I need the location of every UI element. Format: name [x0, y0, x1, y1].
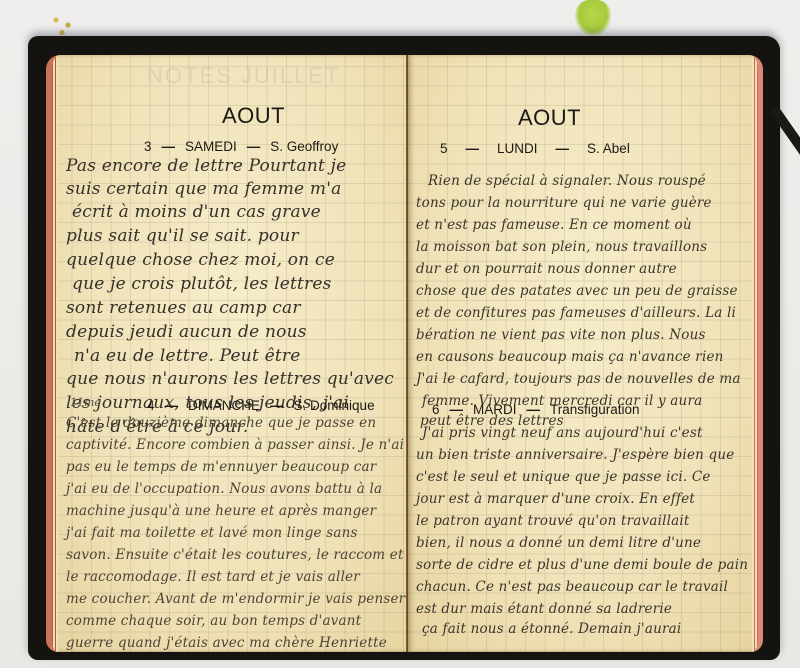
handwritten-line: pas eu le temps de m'ennuyer beaucoup ca…	[66, 459, 376, 475]
handwritten-line: que nous n'aurons les lettres qu'avec	[66, 369, 394, 389]
handwritten-line: J'ai le cafard, toujours pas de nouvelle…	[416, 371, 741, 387]
handwritten-line: sorte de cidre et plus d'une demi boule …	[416, 557, 748, 573]
day-name: LUNDI	[497, 141, 538, 156]
day-header-5: 5 — LUNDI — S. Abel	[440, 141, 630, 156]
handwritten-line: la moisson bat son plein, nous travaillo…	[416, 239, 707, 255]
handwritten-line: Rien de spécial à signaler. Nous rouspé	[428, 173, 706, 189]
saint-name: S. Geoffroy	[270, 139, 338, 154]
handwritten-line: guerre quand j'étais avec ma chère Henri…	[66, 635, 387, 651]
handwritten-line: en causons beaucoup mais ça n'avance rie…	[416, 349, 724, 365]
saint-name: S. Dominique	[294, 398, 375, 413]
day-name: SAMEDI	[185, 139, 237, 154]
handwritten-line: savon. Ensuite c'était les coutures, le …	[66, 547, 404, 563]
handwritten-line: dur et on pourrait nous donner autre	[416, 261, 677, 277]
handwritten-line: c'est le seul et unique que je passe ici…	[416, 469, 711, 485]
handwritten-line: chacun. Ce n'est pas beaucoup car le tra…	[416, 579, 728, 595]
handwritten-line: Pas encore de lettre Pourtant je	[66, 156, 346, 176]
dash: —	[162, 139, 176, 154]
right-page: AOUT 5 — LUNDI — S. Abel Rien de spécial…	[408, 55, 763, 652]
handwritten-line: et de confitures pas fameuses d'ailleurs…	[416, 305, 736, 321]
handwritten-line: depuis jeudi aucun de nous	[66, 322, 307, 342]
handwritten-line: sont retenues au camp car	[66, 298, 301, 318]
left-page: NOTES JUILLET AOUT 3 — SAMEDI — S. Geoff…	[46, 55, 414, 652]
saint-name: S. Abel	[587, 141, 630, 156]
handwritten-line: le patron ayant trouvé qu'on travaillait	[416, 513, 690, 529]
handwritten-line: bération ne vient pas vite non plus. Nou…	[416, 327, 706, 343]
handwritten-line: est dur mais étant donné sa ladrerie	[416, 601, 672, 617]
green-stain	[575, 0, 611, 36]
day-number: 6	[432, 402, 440, 417]
handwritten-line: j'ai fait ma toilette et lavé mon linge …	[66, 525, 358, 541]
dash: —	[270, 398, 284, 413]
page-edges	[752, 55, 758, 652]
dash: —	[450, 402, 464, 417]
day-number: 5	[440, 141, 448, 156]
day-header-6: 6 — MARDI — Transfiguration	[432, 402, 640, 417]
handwritten-line: plus sait qu'il se sait. pour	[66, 226, 299, 246]
handwritten-line: bien, il nous a donné un demi litre d'un…	[416, 535, 701, 551]
handwritten-line: jour est à marquer d'une croix. En effet	[416, 491, 695, 507]
day-number: 4	[147, 398, 155, 413]
handwritten-line: machine jusqu'à une heure et après mange…	[66, 503, 376, 519]
handwritten-line: me coucher. Avant de m'endormir je vais …	[66, 591, 405, 607]
handwritten-line: quelque chose chez moi, on ce	[66, 250, 335, 270]
dash: —	[247, 139, 261, 154]
handwritten-line: C'est le douzième dimanche que je passe …	[66, 415, 376, 431]
saint-name: Transfiguration	[550, 402, 640, 417]
handwritten-line: ça fait nous a étonné. Demain j'aurai	[422, 621, 681, 637]
day-name: MARDI	[473, 402, 517, 417]
handwritten-line: comme chaque soir, au bon temps d'avant	[66, 613, 361, 629]
page-edges	[52, 55, 58, 652]
margin-note: 11me	[70, 396, 101, 409]
handwritten-line: un bien triste anniversaire. J'espère bi…	[416, 447, 734, 463]
handwritten-line: chose que des patates avec un peu de gra…	[416, 283, 738, 299]
dash: —	[466, 141, 480, 156]
handwritten-line: j'ai eu de l'occupation. Nous avons batt…	[66, 481, 382, 497]
day-header-4: 4 — DIMANCHE — S. Dominique	[147, 398, 375, 413]
handwritten-line: le raccomodage. Il est tard et je vais a…	[66, 569, 360, 585]
handwritten-line: captivité. Encore combien à passer ainsi…	[66, 437, 404, 453]
handwritten-line: J'ai pris vingt neuf ans aujourd'hui c'e…	[422, 425, 703, 441]
day-name: DIMANCHE	[188, 398, 260, 413]
handwritten-line: et n'est pas fameuse. En ce moment où	[416, 217, 692, 233]
handwritten-line: suis certain que ma femme m'a	[66, 179, 341, 199]
day-header-3: 3 — SAMEDI — S. Geoffroy	[144, 139, 338, 154]
month-heading: AOUT	[518, 105, 581, 131]
dash: —	[556, 141, 570, 156]
handwritten-line: que je crois plutôt, les lettres	[72, 274, 332, 294]
ghost-heading: NOTES JUILLET	[147, 63, 340, 89]
month-heading: AOUT	[222, 103, 285, 129]
scan-background: NOTES JUILLET AOUT 3 — SAMEDI — S. Geoff…	[0, 0, 800, 668]
dash: —	[527, 402, 541, 417]
day-number: 3	[144, 139, 152, 154]
handwritten-line: tons pour la nourriture qui ne varie guè…	[416, 195, 712, 211]
handwritten-line: écrit à moins d'un cas grave	[72, 202, 321, 222]
handwritten-line: n'a eu de lettre. Peut être	[74, 346, 300, 366]
dash: —	[165, 398, 179, 413]
yellow-specks	[50, 10, 80, 35]
